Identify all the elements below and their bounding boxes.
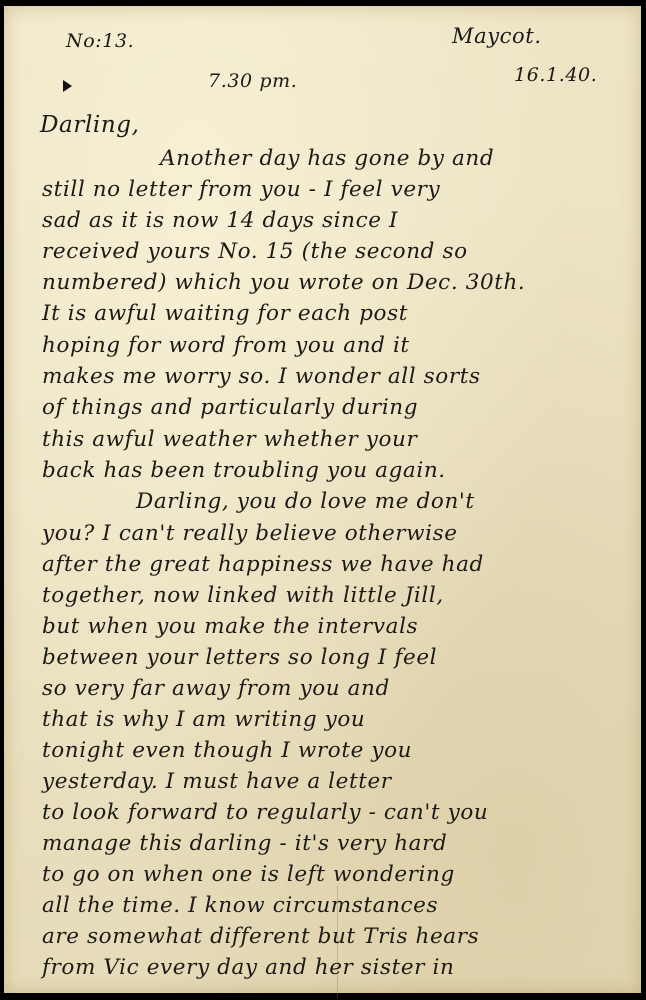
letter-line: you? I can't really believe otherwise [42, 521, 458, 546]
letter-line: between your letters so long I feel [42, 645, 437, 670]
letter-line: are somewhat different but Tris hears [42, 924, 479, 949]
letter-line: from Vic every day and her sister in [42, 955, 454, 980]
letter-number: No:13. [66, 30, 134, 52]
letter-line: makes me worry so. I wonder all sorts [42, 364, 481, 389]
salutation: Darling, [40, 112, 140, 138]
letter-line: of things and particularly during [42, 395, 418, 420]
letter-line: that is why I am writing you [42, 707, 365, 732]
letter-line: to look forward to regularly - can't you [42, 800, 488, 825]
letter-time: 7.30 pm. [208, 70, 297, 92]
letter-line: sad as it is now 14 days since I [42, 208, 398, 233]
letter-line: Darling, you do love me don't [136, 489, 475, 514]
letter-line: Another day has gone by and [160, 146, 494, 171]
letter-line: received yours No. 15 (the second so [42, 239, 468, 264]
letter-date: 16.1.40. [514, 64, 597, 86]
letter-line: hoping for word from you and it [42, 333, 410, 358]
letter-line-text: Darling, you do love me don't [136, 489, 475, 514]
letter-line: after the great happiness we have had [42, 552, 484, 577]
letter-line: but when you make the intervals [42, 614, 418, 639]
letter-place: Maycot. [452, 24, 542, 48]
letter-line: so very far away from you and [42, 676, 390, 701]
letter-line: manage this darling - it's very hard [42, 831, 447, 856]
mouse-pointer-icon [63, 80, 72, 92]
letter-line: still no letter from you - I feel very [42, 177, 440, 202]
letter-line: to go on when one is left wondering [42, 862, 455, 887]
letter-line: yesterday. I must have a letter [42, 769, 392, 794]
letter-line: numbered) which you wrote on Dec. 30th. [42, 270, 525, 295]
letter-line: back has been troubling you again. [42, 458, 446, 483]
letter-line: all the time. I know circumstances [42, 893, 438, 918]
letter-line: It is awful waiting for each post [42, 301, 408, 326]
letter-line: together, now linked with little Jill, [42, 583, 444, 608]
letter-line: this awful weather whether your [42, 427, 417, 452]
letter-line: tonight even though I wrote you [42, 738, 412, 763]
